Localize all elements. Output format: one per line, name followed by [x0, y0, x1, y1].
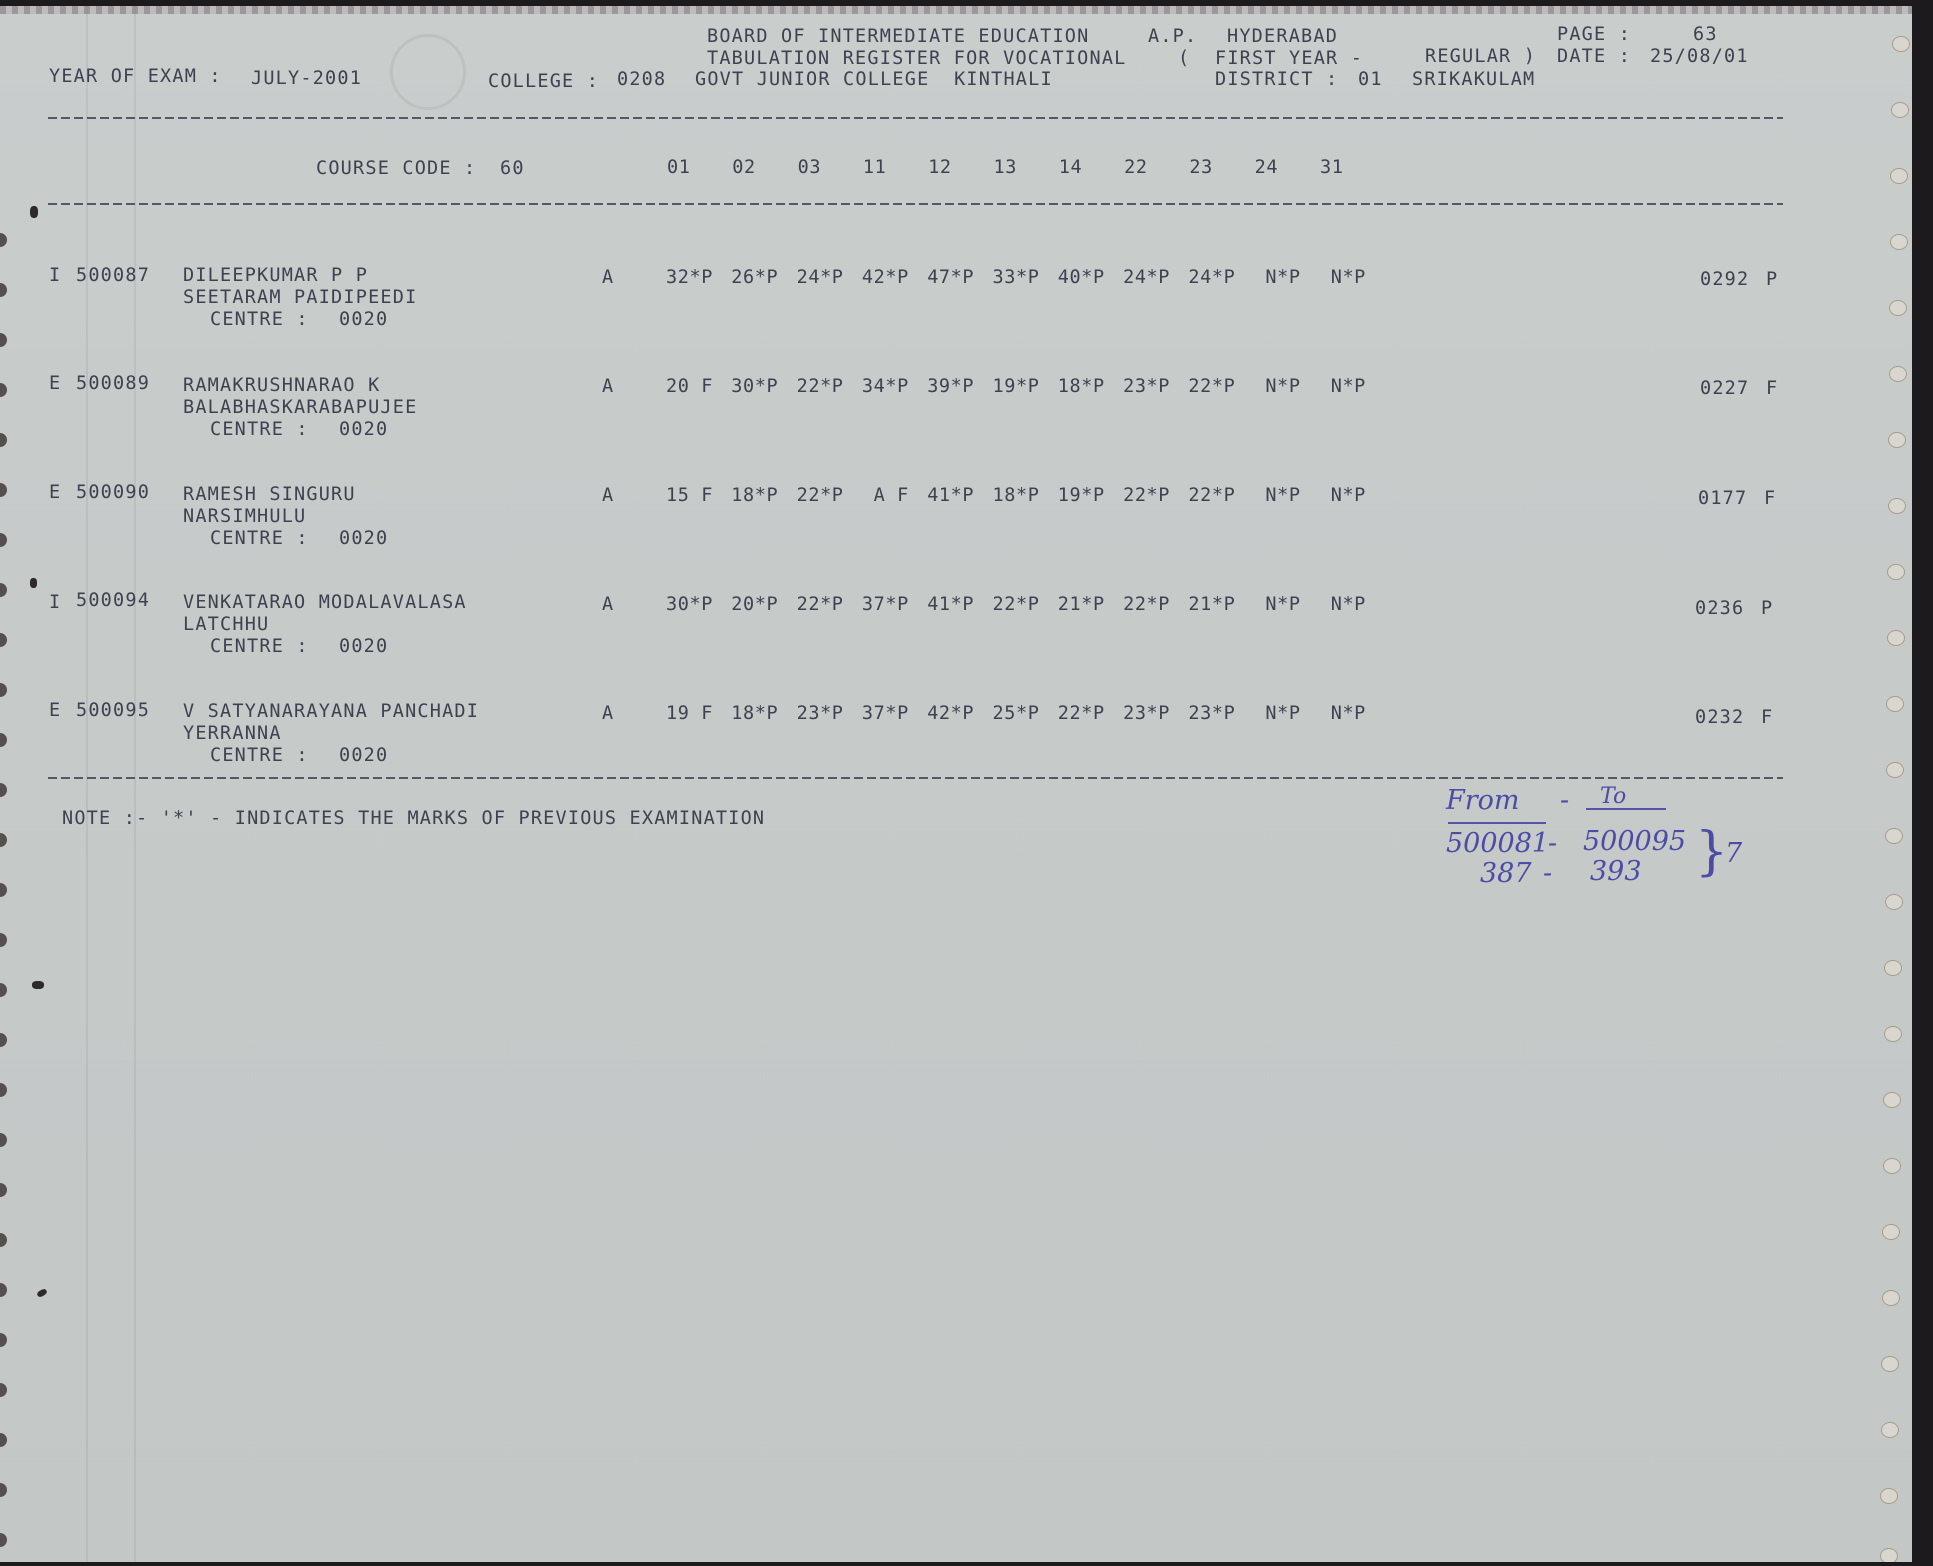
- page-label: PAGE :: [1557, 24, 1631, 46]
- hole-icon: [0, 383, 7, 397]
- grade: A: [602, 703, 614, 725]
- printout-sheet: BOARD OF INTERMEDIATE EDUCATION A.P. HYD…: [0, 6, 1912, 1562]
- date-value: 25/08/01: [1650, 46, 1749, 68]
- mark-cell: 39*P: [927, 376, 992, 398]
- mark-cell: N*P: [1254, 267, 1319, 289]
- subject-code: 02: [732, 157, 797, 179]
- hole-icon: [1881, 1356, 1899, 1372]
- hall-ticket-number: 500087: [76, 265, 150, 287]
- hole-icon: [1882, 1224, 1900, 1240]
- hole-icon: [0, 883, 7, 897]
- grade: A: [602, 267, 614, 289]
- mark-cell: 22*P: [1123, 594, 1188, 616]
- subject-code: 31: [1320, 157, 1385, 179]
- mark-cell: 30*P: [666, 594, 731, 616]
- student-name: VENKATARAO MODALAVALASA: [183, 592, 467, 614]
- fold-line: [86, 6, 88, 1562]
- handwritten-count: 7: [1725, 839, 1742, 869]
- hole-icon: [0, 1283, 7, 1297]
- handwritten-dash: -: [1548, 829, 1557, 859]
- state: A.P.: [1148, 26, 1197, 48]
- register-title: TABULATION REGISTER FOR VOCATIONAL: [707, 48, 1127, 70]
- hole-icon: [0, 283, 7, 297]
- hole-icon: [1880, 1548, 1898, 1562]
- result: F: [1766, 378, 1778, 400]
- grade: A: [602, 376, 614, 398]
- mark-cell: 37*P: [862, 703, 927, 725]
- mark-cell: 21*P: [1188, 594, 1253, 616]
- handwritten-from: From: [1446, 786, 1520, 816]
- marks-row: 15 F 18*P 22*P A F 41*P 18*P 19*P 22*P 2…: [666, 485, 1384, 507]
- hole-icon: [0, 333, 7, 347]
- hole-icon: [1884, 1026, 1902, 1042]
- hole-icon: [1886, 696, 1904, 712]
- mark-cell: 22*P: [1058, 703, 1123, 725]
- hole-icon: [1885, 828, 1903, 844]
- board-seal-watermark: [390, 34, 466, 110]
- hole-icon: [0, 1433, 7, 1447]
- subject-code-header: 01 02 03 11 12 13 14 22 23 24 31: [667, 157, 1385, 179]
- mark-cell: 37*P: [862, 594, 927, 616]
- mark-cell: N*P: [1319, 485, 1384, 507]
- city: HYDERABAD: [1227, 26, 1338, 48]
- hole-icon: [0, 1483, 7, 1497]
- total-marks: 0236: [1695, 598, 1744, 620]
- subject-code: 01: [667, 157, 732, 179]
- mark-cell: 33*P: [992, 267, 1057, 289]
- result: P: [1766, 269, 1778, 291]
- total-marks: 0177: [1698, 488, 1747, 510]
- handwritten-serial-end: 393: [1590, 857, 1642, 887]
- hole-icon: [0, 633, 7, 647]
- mark-cell: 41*P: [927, 594, 992, 616]
- hole-icon: [0, 1183, 7, 1197]
- mark-cell: 42*P: [927, 703, 992, 725]
- mark-cell: 32*P: [666, 267, 731, 289]
- ink-blot: [30, 206, 38, 218]
- course-code-value: 60: [500, 158, 525, 180]
- marks-row: 30*P 20*P 22*P 37*P 41*P 22*P 21*P 22*P …: [666, 594, 1384, 616]
- result: F: [1764, 488, 1776, 510]
- hole-icon: [0, 433, 7, 447]
- hole-icon: [0, 533, 7, 547]
- mark-cell: N*P: [1254, 594, 1319, 616]
- mark-cell: 18*P: [992, 485, 1057, 507]
- handwritten-serial-start: 387: [1480, 859, 1532, 889]
- hole-icon: [0, 783, 7, 797]
- mark-cell: 24*P: [797, 267, 862, 289]
- centre-code: 0020: [339, 309, 388, 331]
- district-name: SRIKAKULAM: [1412, 69, 1535, 91]
- mark-cell: 20 F: [666, 376, 731, 398]
- subject-code: 11: [863, 157, 928, 179]
- student-name: RAMESH SINGURU: [183, 484, 356, 506]
- centre-label: CENTRE :: [210, 528, 309, 550]
- mark-cell: N*P: [1319, 267, 1384, 289]
- hall-ticket-number: 500089: [76, 373, 150, 395]
- ink-blot: [36, 1288, 48, 1298]
- hole-icon: [0, 933, 7, 947]
- mark-cell: 19*P: [992, 376, 1057, 398]
- subject-code: 24: [1255, 157, 1320, 179]
- subject-code: 12: [928, 157, 993, 179]
- ink-blot: [32, 981, 44, 989]
- handwritten-dash: -: [1560, 786, 1569, 816]
- date-label: DATE :: [1557, 46, 1631, 68]
- parent-name: BALABHASKARABAPUJEE: [183, 397, 417, 419]
- hall-ticket-number: 500094: [76, 590, 150, 612]
- marks-row: 20 F 30*P 22*P 34*P 39*P 19*P 18*P 23*P …: [666, 376, 1384, 398]
- hole-icon: [0, 233, 7, 247]
- marks-row: 32*P 26*P 24*P 42*P 47*P 33*P 40*P 24*P …: [666, 267, 1384, 289]
- centre-label: CENTRE :: [210, 636, 309, 658]
- mark-cell: N*P: [1319, 376, 1384, 398]
- result: F: [1761, 707, 1773, 729]
- hole-icon: [1888, 432, 1906, 448]
- mark-cell: A F: [862, 485, 927, 507]
- hole-icon: [0, 1233, 7, 1247]
- mark-cell: 22*P: [1188, 485, 1253, 507]
- mark-cell: 22*P: [1123, 485, 1188, 507]
- mark-cell: N*P: [1254, 376, 1319, 398]
- hole-icon: [0, 1083, 7, 1097]
- student-type: I: [49, 265, 61, 287]
- footer-note: NOTE :- '*' - INDICATES THE MARKS OF PRE…: [62, 808, 765, 830]
- hole-icon: [0, 1333, 7, 1347]
- mark-cell: 19*P: [1058, 485, 1123, 507]
- total-marks: 0227: [1700, 378, 1749, 400]
- course-code-label: COURSE CODE :: [316, 158, 476, 180]
- hall-ticket-number: 500090: [76, 482, 150, 504]
- mark-cell: 19 F: [666, 703, 731, 725]
- mark-cell: 23*P: [1123, 703, 1188, 725]
- underline: [1586, 808, 1666, 810]
- centre-label: CENTRE :: [210, 745, 309, 767]
- college-name: GOVT JUNIOR COLLEGE KINTHALI: [695, 69, 1053, 91]
- hole-icon: [1883, 1158, 1901, 1174]
- divider-bottom: [48, 777, 1783, 779]
- student-type: I: [49, 592, 61, 614]
- total-marks: 0292: [1700, 269, 1749, 291]
- handwritten-range-start: 500081: [1446, 829, 1549, 859]
- board-name: BOARD OF INTERMEDIATE EDUCATION: [707, 26, 1089, 48]
- student-name: V SATYANARAYANA PANCHADI: [183, 701, 479, 723]
- centre-label: CENTRE :: [210, 309, 309, 331]
- mark-cell: 23*P: [1123, 376, 1188, 398]
- year-type: FIRST YEAR -: [1215, 48, 1363, 70]
- subject-code: 14: [1059, 157, 1124, 179]
- mark-cell: 47*P: [927, 267, 992, 289]
- marks-row: 19 F 18*P 23*P 37*P 42*P 25*P 22*P 23*P …: [666, 703, 1384, 725]
- hole-icon: [0, 683, 7, 697]
- grade: A: [602, 485, 614, 507]
- centre-code: 0020: [339, 745, 388, 767]
- hole-icon: [1887, 630, 1905, 646]
- hole-icon: [0, 1033, 7, 1047]
- hole-icon: [1882, 1290, 1900, 1306]
- open-paren: (: [1178, 48, 1190, 70]
- divider-header: [48, 203, 1783, 205]
- hole-icon: [0, 1133, 7, 1147]
- handwritten-dash: -: [1543, 859, 1552, 889]
- parent-name: YERRANNA: [183, 723, 282, 745]
- student-name: DILEEPKUMAR P P: [183, 265, 368, 287]
- mark-cell: 26*P: [731, 267, 796, 289]
- mark-cell: 22*P: [797, 485, 862, 507]
- mark-cell: 22*P: [797, 594, 862, 616]
- mark-cell: 22*P: [1188, 376, 1253, 398]
- hole-icon: [0, 583, 7, 597]
- student-type: E: [49, 373, 61, 395]
- centre-code: 0020: [339, 528, 388, 550]
- mark-cell: 23*P: [797, 703, 862, 725]
- subject-code: 23: [1189, 157, 1254, 179]
- page-number: 63: [1693, 24, 1718, 46]
- mark-cell: 30*P: [731, 376, 796, 398]
- student-type: E: [49, 482, 61, 504]
- divider-top: [48, 117, 1783, 119]
- mark-cell: 40*P: [1058, 267, 1123, 289]
- subject-code: 22: [1124, 157, 1189, 179]
- hole-icon: [1881, 1422, 1899, 1438]
- year-of-exam-value: JULY-2001: [251, 68, 362, 90]
- college-label: COLLEGE :: [488, 71, 599, 93]
- district-code: 01: [1358, 69, 1383, 91]
- hole-icon: [1887, 564, 1905, 580]
- mark-cell: 42*P: [862, 267, 927, 289]
- hole-icon: [1880, 1488, 1898, 1504]
- mark-cell: 34*P: [862, 376, 927, 398]
- hole-icon: [0, 1533, 7, 1547]
- mark-cell: 21*P: [1058, 594, 1123, 616]
- centre-label: CENTRE :: [210, 419, 309, 441]
- mark-cell: 18*P: [731, 485, 796, 507]
- mark-cell: 18*P: [1058, 376, 1123, 398]
- hole-icon: [0, 733, 7, 747]
- hole-icon: [1889, 300, 1907, 316]
- underline: [1448, 822, 1546, 824]
- hall-ticket-number: 500095: [76, 700, 150, 722]
- mark-cell: 22*P: [797, 376, 862, 398]
- fold-line: [134, 6, 136, 1562]
- mark-cell: 25*P: [992, 703, 1057, 725]
- parent-name: SEETARAM PAIDIPEEDI: [183, 287, 417, 309]
- hole-icon: [1890, 234, 1908, 250]
- brace-icon: }: [1695, 824, 1728, 880]
- mark-cell: N*P: [1254, 485, 1319, 507]
- subject-code: 13: [993, 157, 1058, 179]
- parent-name: LATCHHU: [183, 614, 269, 636]
- mark-cell: 24*P: [1123, 267, 1188, 289]
- hole-icon: [0, 1383, 7, 1397]
- year-of-exam-label: YEAR OF EXAM :: [49, 66, 222, 88]
- hole-icon: [0, 983, 7, 997]
- total-marks: 0232: [1695, 707, 1744, 729]
- mark-cell: N*P: [1254, 703, 1319, 725]
- hole-icon: [1891, 102, 1909, 118]
- district-label: DISTRICT :: [1215, 69, 1338, 91]
- grade: A: [602, 594, 614, 616]
- mark-cell: N*P: [1319, 703, 1384, 725]
- student-name: RAMAKRUSHNARAO K: [183, 375, 380, 397]
- centre-code: 0020: [339, 419, 388, 441]
- mark-cell: 23*P: [1188, 703, 1253, 725]
- college-code: 0208: [617, 69, 666, 91]
- result: P: [1761, 598, 1773, 620]
- student-type: E: [49, 700, 61, 722]
- exam-category: REGULAR ): [1425, 46, 1536, 68]
- mark-cell: 18*P: [731, 703, 796, 725]
- hole-icon: [1883, 1092, 1901, 1108]
- hole-icon: [1888, 498, 1906, 514]
- handwritten-range-end: 500095: [1583, 827, 1686, 857]
- hole-icon: [0, 483, 7, 497]
- perforation-strip: [0, 6, 1912, 14]
- hole-icon: [0, 833, 7, 847]
- hole-icon: [1885, 894, 1903, 910]
- subject-code: 03: [798, 157, 863, 179]
- mark-cell: 20*P: [731, 594, 796, 616]
- hole-icon: [1886, 762, 1904, 778]
- mark-cell: 15 F: [666, 485, 731, 507]
- hole-icon: [1884, 960, 1902, 976]
- hole-icon: [1889, 366, 1907, 382]
- ink-blot: [30, 578, 37, 588]
- hole-icon: [1890, 168, 1908, 184]
- mark-cell: 24*P: [1188, 267, 1253, 289]
- mark-cell: 41*P: [927, 485, 992, 507]
- hole-icon: [1892, 36, 1910, 52]
- centre-code: 0020: [339, 636, 388, 658]
- mark-cell: N*P: [1319, 594, 1384, 616]
- parent-name: NARSIMHULU: [183, 506, 306, 528]
- mark-cell: 22*P: [992, 594, 1057, 616]
